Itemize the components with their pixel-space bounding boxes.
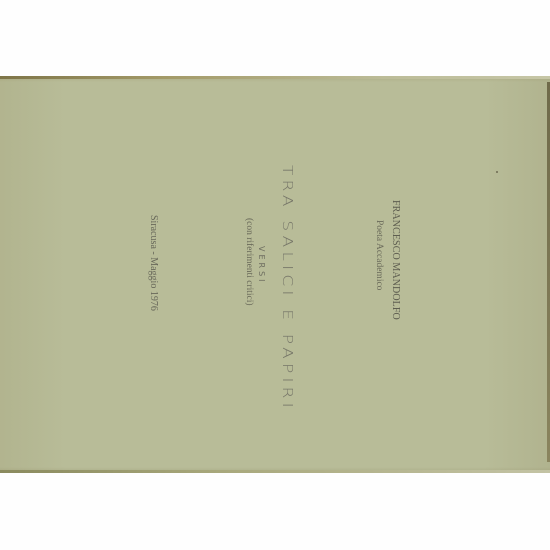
imprint-place-date: Siracusa - Maggio 1976 [148,215,159,311]
author-role: Poeta Accademico [374,220,384,290]
subtitle-note: (con riferimenti critici) [244,218,254,306]
photo-stage: FRANCESCO MANDOLFO Poeta Accademico TRA … [0,0,550,550]
paper-speck [496,171,498,173]
page-bottom-edge [0,470,550,473]
page-top-edge [0,76,550,79]
title-page [0,76,550,473]
book-title: TRA SALICI E PAPIRI [279,165,295,412]
book-subtitle: VERSI [257,246,266,285]
author-name: FRANCESCO MANDOLFO [390,200,401,320]
